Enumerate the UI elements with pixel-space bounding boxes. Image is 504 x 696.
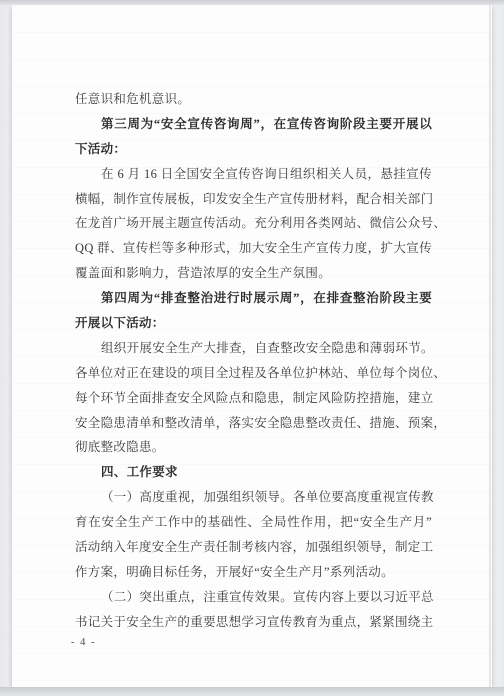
text-line: 任意识和危机意识。 [75,87,432,112]
document-page: 任意识和危机意识。第三周为“安全宣传咨询周”，在宣传咨询阶段主要开展以下活动：在… [12,5,492,687]
text-line: 书记关于安全生产的重要思想学习宣传教育为重点，紧紧围绕主 [75,610,432,635]
text-line: （一）高度重视，加强组织领导。各单位要高度重视宣传教 [75,485,432,510]
text-line: 开展以下活动： [75,311,432,336]
text-line: 作方案，明确目标任务，开展好“安全生产月”系列活动。 [75,560,432,585]
text-line: 活动纳入年度安全生产责任制考核内容，加强组织领导，制定工 [75,535,432,560]
text-line: （二）突出重点，注重宣传效果。宣传内容上要以习近平总 [75,585,432,610]
text-line: 在龙首广场开展主题宣传活动。充分利用各类网站、微信公众号、 [75,211,432,236]
text-line: 覆盖面和影响力，营造浓厚的安全生产氛围。 [75,261,432,286]
scanned-page-background: 任意识和危机意识。第三周为“安全宣传咨询周”，在宣传咨询阶段主要开展以下活动：在… [0,0,504,696]
scan-edge-bottom [0,687,504,696]
text-line: 第四周为“排查整治进行时展示周”，在排查整治阶段主要 [75,286,432,311]
text-line: 安全隐患清单和整改清单，落实安全隐患整改责任、措施、预案， [75,411,432,436]
text-line: 每个环节全面排查安全风险点和隐患，制定风险防控措施，建立 [75,386,432,411]
page-fold-line [489,5,491,687]
text-line: 各单位对正在建设的项目全过程及各单位护林站、单位每个岗位、 [75,361,432,386]
text-line: 彻底整改隐患。 [75,435,432,460]
text-line: QQ 群、宣传栏等多种形式，加大安全生产宣传力度，扩大宣传 [75,236,432,261]
text-line: 四、工作要求 [75,460,432,485]
text-line: 下活动： [75,137,432,162]
scan-edge-top [0,0,504,5]
text-line: 组织开展安全生产大排查，自查整改安全隐患和薄弱环节。 [75,336,432,361]
page-number: - 4 - [71,637,96,648]
text-line: 第三周为“安全宣传咨询周”，在宣传咨询阶段主要开展以 [75,112,432,137]
text-line: 育在安全生产工作中的基础性、全局性作用，把“安全生产月” [75,510,432,535]
text-line: 在 6 月 16 日全国安全宣传咨询日组织相关人员，悬挂宣传 [75,162,432,187]
text-line: 横幅，制作宣传展板，印发安全生产宣传册材料，配合相关部门 [75,187,432,212]
document-body: 任意识和危机意识。第三周为“安全宣传咨询周”，在宣传咨询阶段主要开展以下活动：在… [75,87,432,635]
